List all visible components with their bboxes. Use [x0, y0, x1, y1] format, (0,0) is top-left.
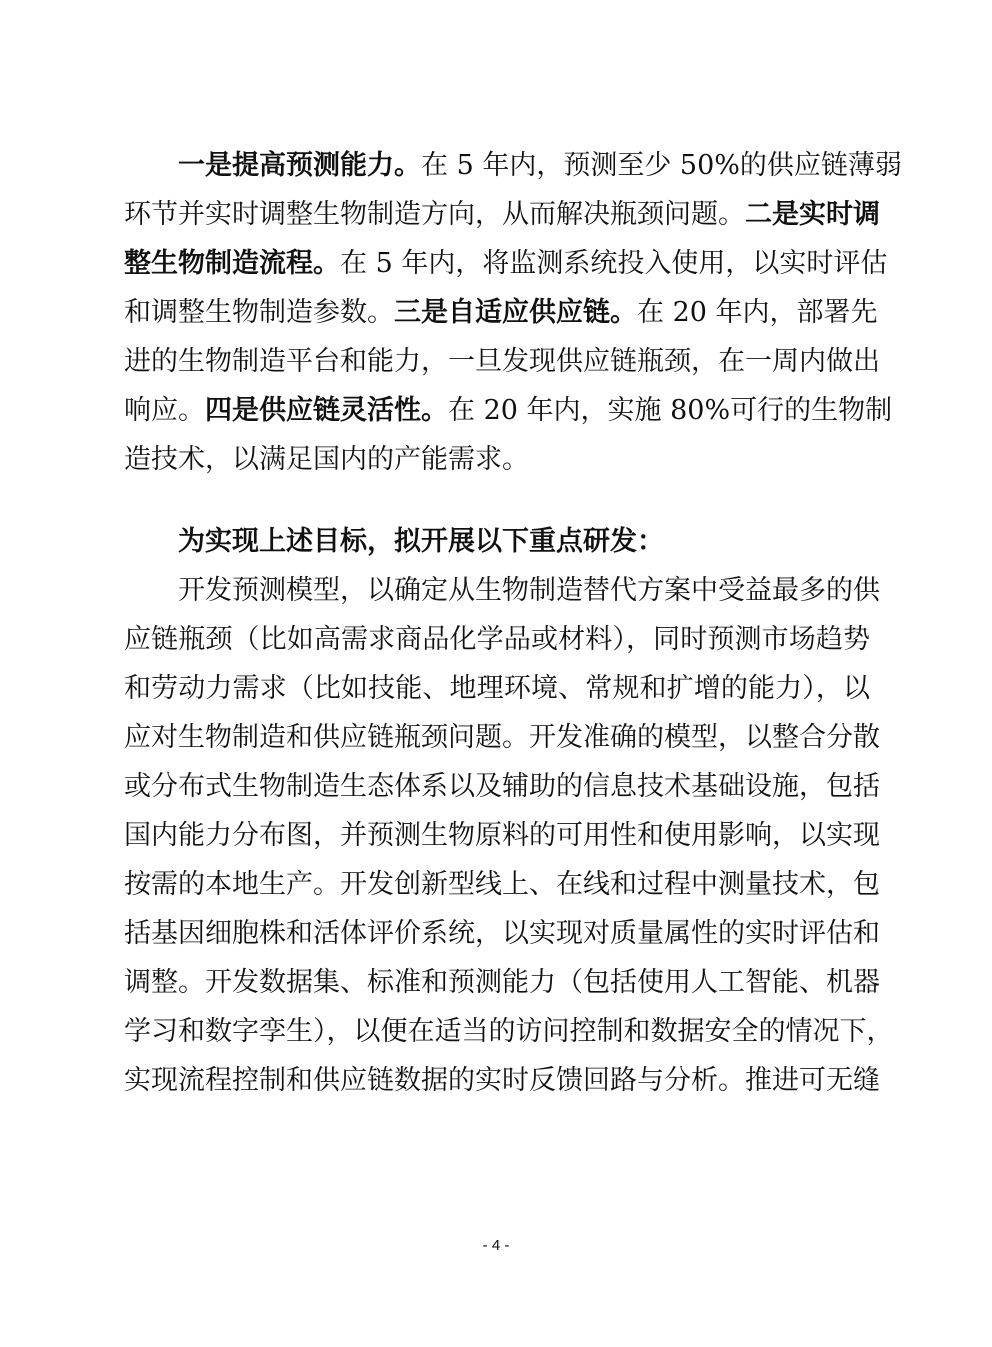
text-line: 响应。四是供应链灵活性。在 20 年内，实施 80%可行的生物制 — [124, 391, 870, 431]
text-run: 在 20 年内，部署先 — [637, 297, 878, 328]
text-line: 一是提高预测能力。在 5 年内，预测至少 50%的供应链薄弱 — [124, 146, 870, 186]
text-run: 在 20 年内，实施 80%可行的生物制 — [448, 395, 892, 426]
text-line: 调整。开发数据集、标准和预测能力（包括使用人工智能、机器 — [124, 963, 870, 1003]
text-line: 实现流程控制和供应链数据的实时反馈回路与分析。推进可无缝 — [124, 1061, 870, 1101]
text-line: 或分布式生物制造生态体系以及辅助的信息技术基础设施，包括 — [124, 767, 870, 807]
text-line: 应链瓶颈（比如高需求商品化学品或材料），同时预测市场趋势 — [124, 620, 870, 660]
bold-run: 一是提高预测能力。 — [178, 150, 421, 181]
text-run: 在 5 年内，预测至少 50%的供应链薄弱 — [421, 150, 902, 181]
text-run: 在 5 年内，将监测系统投入使用，以实时评估 — [340, 248, 887, 279]
section-heading: 为实现上述目标，拟开展以下重点研发： — [124, 522, 870, 562]
bold-run: 二是实时调 — [745, 199, 880, 230]
text-line: 和劳动力需求（比如技能、地理环境、常规和扩增的能力），以 — [124, 669, 870, 709]
text-line: 整生物制造流程。在 5 年内，将监测系统投入使用，以实时评估 — [124, 244, 870, 284]
text-line: 应对生物制造和供应链瓶颈问题。开发准确的模型，以整合分散 — [124, 718, 870, 758]
bold-run: 整生物制造流程。 — [124, 248, 340, 279]
text-line: 括基因细胞株和活体评价系统，以实现对质量属性的实时评估和 — [124, 914, 870, 954]
text-line: 和调整生物制造参数。三是自适应供应链。在 20 年内，部署先 — [124, 293, 870, 333]
bold-run: 四是供应链灵活性。 — [205, 395, 448, 426]
text-line: 国内能力分布图，并预测生物原料的可用性和使用影响，以实现 — [124, 816, 870, 856]
text-run: 响应。 — [124, 395, 205, 426]
page-number: - 4 - — [0, 1237, 992, 1254]
text-run: 造技术，以满足国内的产能需求。 — [124, 444, 529, 475]
bold-run: 三是自适应供应链。 — [394, 297, 637, 328]
text-line: 造技术，以满足国内的产能需求。 — [124, 440, 870, 480]
text-line: 环节并实时调整生物制造方向，从而解决瓶颈问题。二是实时调 — [124, 195, 870, 235]
text-line: 学习和数字孪生），以便在适当的访问控制和数据安全的情况下， — [124, 1012, 870, 1052]
text-line: 进的生物制造平台和能力，一旦发现供应链瓶颈，在一周内做出 — [124, 342, 870, 382]
text-run: 环节并实时调整生物制造方向，从而解决瓶颈问题。 — [124, 199, 745, 230]
text-run: 进的生物制造平台和能力，一旦发现供应链瓶颈，在一周内做出 — [124, 346, 880, 377]
text-line: 开发预测模型，以确定从生物制造替代方案中受益最多的供 — [124, 571, 870, 611]
text-run: 和调整生物制造参数。 — [124, 297, 394, 328]
text-line: 按需的本地生产。开发创新型线上、在线和过程中测量技术，包 — [124, 865, 870, 905]
text-run — [124, 150, 178, 181]
